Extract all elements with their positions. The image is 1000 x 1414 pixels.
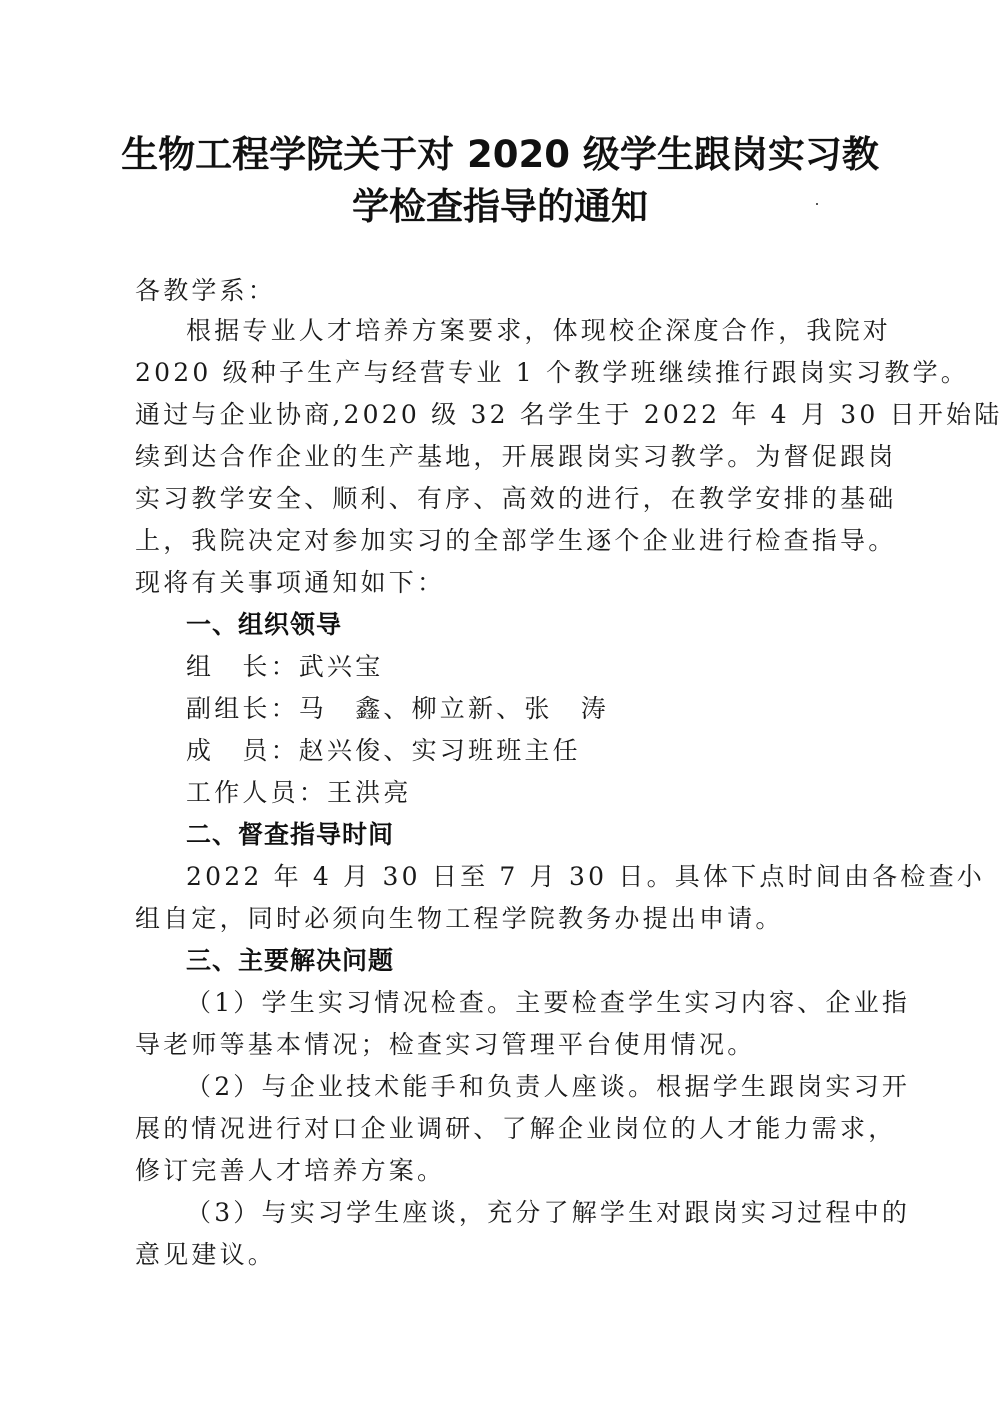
section-heading-organization: 一、组织领导 [186, 610, 342, 640]
org-deputy-leaders: 副组长：马 鑫、柳立新、张 涛 [186, 694, 870, 724]
intro-line-5: 实习教学安全、顺利、有序、高效的进行，在教学安排的基础 [135, 484, 870, 514]
intro-line-3: 通过与企业协商,2020 级 32 名学生于 2022 年 4 月 30 日开始… [135, 400, 870, 430]
issue-2-line-2: 展的情况进行对口企业调研、了解企业岗位的人才能力需求， [135, 1114, 870, 1144]
org-staff: 工作人员：王洪亮 [186, 778, 870, 808]
scan-artifact-dot [816, 203, 818, 205]
issue-2-line-3: 修订完善人才培养方案。 [135, 1156, 870, 1186]
org-members: 成 员：赵兴俊、实习班班主任 [186, 736, 870, 766]
org-leader: 组 长：武兴宝 [186, 652, 870, 682]
salutation: 各教学系： [135, 276, 870, 306]
issue-1-line-2: 导老师等基本情况；检查实习管理平台使用情况。 [135, 1030, 870, 1060]
issue-3-line-2: 意见建议。 [135, 1240, 870, 1270]
document-title-line-1: 生物工程学院关于对 2020 级学生跟岗实习教 [0, 124, 1000, 178]
issue-1-line-1: （1）学生实习情况检查。主要检查学生实习内容、企业指 [186, 988, 870, 1018]
intro-line-7: 现将有关事项通知如下： [135, 568, 870, 598]
document-title-line-2: 学检查指导的通知 [0, 176, 1000, 230]
document-page: 生物工程学院关于对 2020 级学生跟岗实习教 学检查指导的通知 各教学系： 根… [0, 0, 1000, 1414]
intro-line-1: 根据专业人才培养方案要求，体现校企深度合作，我院对 [186, 316, 870, 346]
section-heading-schedule: 二、督查指导时间 [186, 820, 394, 850]
schedule-line-2: 组自定，同时必须向生物工程学院教务办提出申请。 [135, 904, 870, 934]
intro-line-4: 续到达合作企业的生产基地，开展跟岗实习教学。为督促跟岗 [135, 442, 870, 472]
schedule-line-1: 2022 年 4 月 30 日至 7 月 30 日。具体下点时间由各检查小 [186, 862, 870, 892]
issue-3-line-1: （3）与实习学生座谈，充分了解学生对跟岗实习过程中的 [186, 1198, 870, 1228]
section-heading-issues: 三、主要解决问题 [186, 946, 394, 976]
intro-line-6: 上，我院决定对参加实习的全部学生逐个企业进行检查指导。 [135, 526, 870, 556]
intro-line-2: 2020 级种子生产与经营专业 1 个教学班继续推行跟岗实习教学。 [135, 358, 870, 388]
issue-2-line-1: （2）与企业技术能手和负责人座谈。根据学生跟岗实习开 [186, 1072, 870, 1102]
